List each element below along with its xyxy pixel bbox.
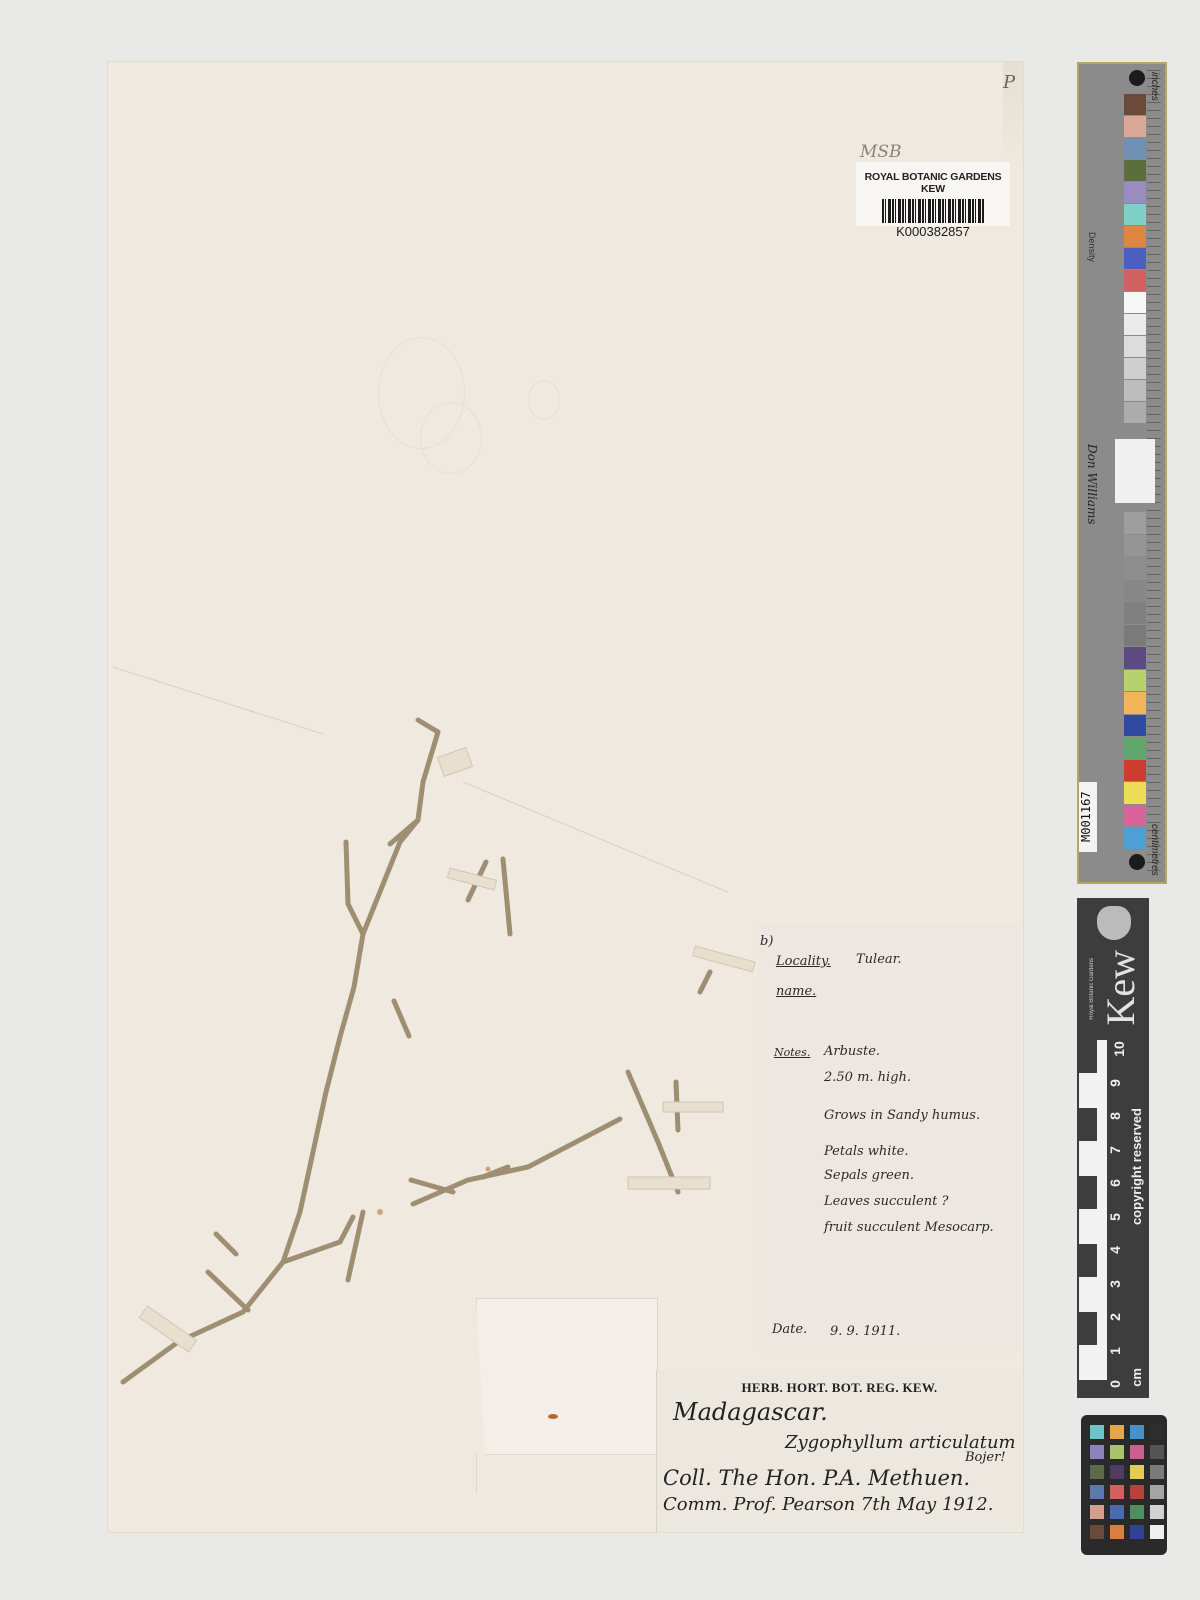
scale-tick-label: 5 [1107, 1213, 1123, 1221]
scale-block [1079, 1244, 1097, 1277]
strip-id-tag: M001167 [1079, 782, 1097, 852]
color-checker-cell [1110, 1445, 1124, 1459]
color-patch [1124, 737, 1146, 759]
scale-block [1079, 1312, 1097, 1345]
color-checker-cell [1130, 1465, 1144, 1479]
scale-block [1079, 1040, 1097, 1073]
collector: Coll. The Hon. P.A. Methuen. [663, 1466, 970, 1490]
color-checker-cell [1130, 1525, 1144, 1539]
inches-label: inches [1149, 72, 1160, 101]
color-checker-cell [1090, 1425, 1104, 1439]
reference-card [1115, 439, 1155, 503]
determination-label: HERB. HORT. BOT. REG. KEW. Madagascar. Z… [656, 1370, 1022, 1532]
color-patch [1124, 314, 1146, 335]
color-checker-cell [1090, 1465, 1104, 1479]
centimetres-label: centimetres [1149, 824, 1160, 876]
color-patch [1124, 692, 1146, 714]
color-patch [1124, 204, 1146, 225]
color-patch [1124, 94, 1146, 115]
color-checker-cell [1090, 1485, 1104, 1499]
color-checker-cell [1130, 1445, 1144, 1459]
color-patch [1124, 580, 1146, 602]
color-patch [1124, 138, 1146, 159]
color-checker-cell [1110, 1425, 1124, 1439]
packet-stain [548, 1414, 558, 1419]
color-patch [1124, 292, 1146, 313]
color-checker-cell [1110, 1465, 1124, 1479]
scale-tick-label: 6 [1107, 1179, 1123, 1187]
communicated-by: Comm. Prof. Pearson 7th May 1912. [663, 1494, 993, 1515]
unit-label: cm [1129, 1368, 1144, 1387]
color-checker-cell [1130, 1425, 1144, 1439]
cm-scale [1079, 1040, 1107, 1380]
scale-tick-label: 10 [1111, 1041, 1127, 1057]
color-checker-cell [1130, 1485, 1144, 1499]
color-patch [1124, 827, 1146, 849]
color-patch [1124, 402, 1146, 423]
collector-field-notes: b) Locality. Tulear. name. Notes. Arbust… [758, 924, 1020, 1354]
color-checker-cell [1150, 1445, 1164, 1459]
color-checker-cell [1130, 1505, 1144, 1519]
color-checker-cell [1150, 1525, 1164, 1539]
scale-tick-label: 7 [1107, 1146, 1123, 1154]
name-label: name. [776, 984, 816, 999]
color-patch [1124, 116, 1146, 137]
herbarium-header: HERB. HORT. BOT. REG. KEW. [657, 1380, 1022, 1396]
color-checker-cell [1150, 1505, 1164, 1519]
registration-dot-icon [1129, 854, 1145, 870]
fragment-packet [476, 1298, 658, 1455]
registration-dot-icon [1129, 70, 1145, 86]
color-calibration-strip: inches centimetres Don Williams Density … [1077, 62, 1167, 884]
color-checker-card [1081, 1415, 1167, 1555]
kew-crest-icon [1097, 906, 1131, 940]
color-checker-cell [1150, 1425, 1164, 1439]
kew-logo: Kew [1097, 950, 1144, 1026]
note-line: fruit succulent Mesocarp. [824, 1220, 994, 1235]
color-patch [1124, 248, 1146, 269]
taxon-authority: Bojer! [965, 1450, 1006, 1465]
color-patch [1124, 358, 1146, 379]
scale-tick-label: 4 [1107, 1246, 1123, 1254]
note-line: 2.50 m. high. [824, 1070, 911, 1085]
scale-tick-label: 8 [1107, 1112, 1123, 1120]
color-checker-cell [1090, 1525, 1104, 1539]
scale-tick-label: 3 [1107, 1280, 1123, 1288]
notes-label: Notes. [774, 1046, 810, 1059]
scale-block [1079, 1108, 1097, 1141]
note-line: Leaves succulent ? [824, 1194, 948, 1209]
note-line: Arbuste. [824, 1044, 880, 1059]
country: Madagascar. [673, 1398, 828, 1426]
date-label: Date. [772, 1322, 807, 1337]
scale-tick-label: 0 [1107, 1380, 1123, 1388]
note-line: Petals white. [824, 1144, 909, 1159]
scale-tick-label: 1 [1107, 1347, 1123, 1355]
locality-value: Tulear. [856, 952, 902, 967]
color-patch [1124, 182, 1146, 203]
date-value: 9. 9. 1911. [830, 1324, 900, 1339]
color-checker-cell [1110, 1485, 1124, 1499]
scale-tick-label: 9 [1107, 1079, 1123, 1087]
color-patch [1124, 270, 1146, 291]
maker-name: Don Williams [1085, 444, 1099, 525]
color-checker-cell [1090, 1445, 1104, 1459]
color-patch [1124, 805, 1146, 827]
color-patch [1124, 602, 1146, 624]
color-patch [1124, 336, 1146, 357]
color-patch [1124, 557, 1146, 579]
kew-subbrand: Royal Botanic Gardens [1089, 958, 1095, 1020]
color-checker-cell [1110, 1525, 1124, 1539]
color-checker-cell [1150, 1465, 1164, 1479]
color-patch [1124, 647, 1146, 669]
color-patch [1124, 625, 1146, 647]
color-checker-cell [1110, 1505, 1124, 1519]
color-patch [1124, 380, 1146, 401]
color-patch [1124, 760, 1146, 782]
scale-block [1079, 1176, 1097, 1209]
color-patch [1124, 782, 1146, 804]
kew-scale-bar: Royal Botanic Gardens Kew copyright rese… [1077, 898, 1149, 1398]
color-checker-grid [1090, 1425, 1164, 1539]
color-patch [1124, 226, 1146, 247]
color-patch [1124, 715, 1146, 737]
fragment-packet-flap [476, 1454, 658, 1494]
color-patch [1124, 512, 1146, 534]
color-checker-cell [1150, 1485, 1164, 1499]
locality-label: Locality. [776, 954, 831, 969]
note-line: Sepals green. [824, 1168, 914, 1183]
herbarium-sheet: P MSB ROYAL BOTANIC GARDENS KEW K0003828… [108, 62, 1023, 1532]
color-patch [1124, 535, 1146, 557]
scale-tick-label: 2 [1107, 1313, 1123, 1321]
note-line: Grows in Sandy humus. [824, 1108, 980, 1123]
entry-marker: b) [760, 934, 773, 949]
color-patch [1124, 160, 1146, 181]
copyright-notice: copyright reserved [1129, 1108, 1144, 1225]
color-checker-cell [1090, 1505, 1104, 1519]
color-patch [1124, 670, 1146, 692]
density-label: Density [1087, 232, 1097, 262]
